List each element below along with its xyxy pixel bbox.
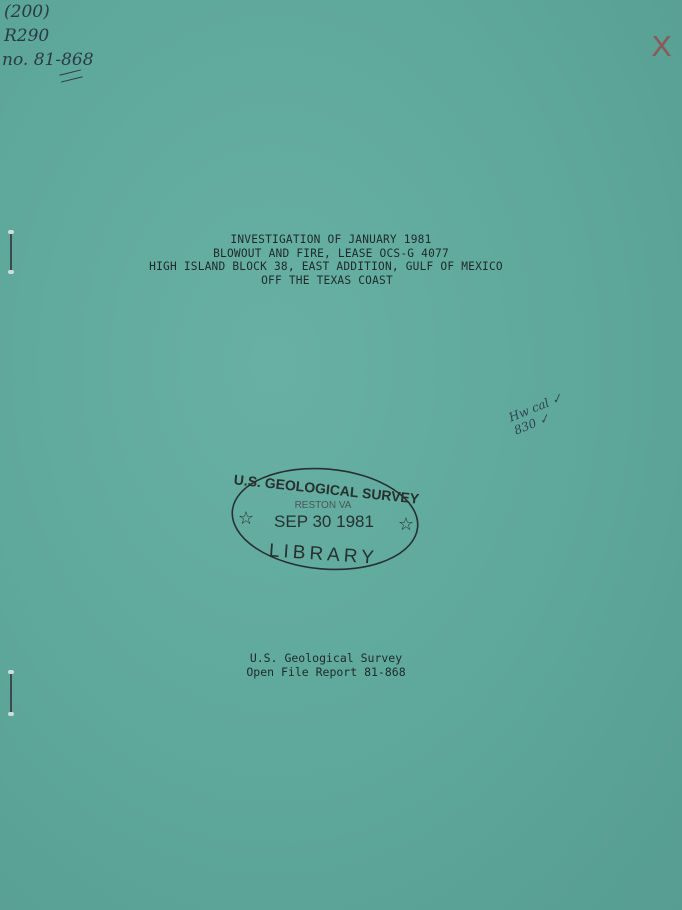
library-stamp: U.S. GEOLOGICAL SURVEY RESTON VA SEP 30 …: [228, 464, 423, 574]
agency-name: U.S. Geological Survey: [0, 651, 682, 665]
stamp-date: SEP 30 1981: [274, 512, 374, 531]
handwritten-note-1: (200): [4, 2, 50, 22]
title-line: BLOWOUT AND FIRE, LEASE OCS-G 4077: [0, 247, 682, 261]
star-icon: ☆: [398, 514, 414, 535]
star-icon: ☆: [238, 508, 254, 529]
stamp-location: RESTON VA: [295, 500, 352, 511]
title-line: HIGH ISLAND BLOCK 38, EAST ADDITION, GUL…: [0, 260, 682, 274]
document-cover: (200) R290 no. 81-868 X INVESTIGATION OF…: [0, 0, 682, 910]
report-title: INVESTIGATION OF JANUARY 1981 BLOWOUT AN…: [0, 233, 682, 287]
handwritten-note-2: R290: [4, 26, 49, 46]
title-line: INVESTIGATION OF JANUARY 1981: [0, 233, 682, 247]
x-mark-icon: X: [651, 30, 672, 63]
report-number: Open File Report 81-868: [0, 665, 682, 679]
handwritten-note-3: no. 81-868: [2, 50, 94, 70]
report-footer: U.S. Geological Survey Open File Report …: [0, 651, 682, 679]
stamp-bottom: LIBRARY: [268, 540, 378, 569]
title-line: OFF THE TEXAS COAST: [0, 274, 682, 288]
double-underline: [59, 69, 82, 82]
margin-note: Hw cal ✓ 830 ✓: [507, 391, 570, 438]
